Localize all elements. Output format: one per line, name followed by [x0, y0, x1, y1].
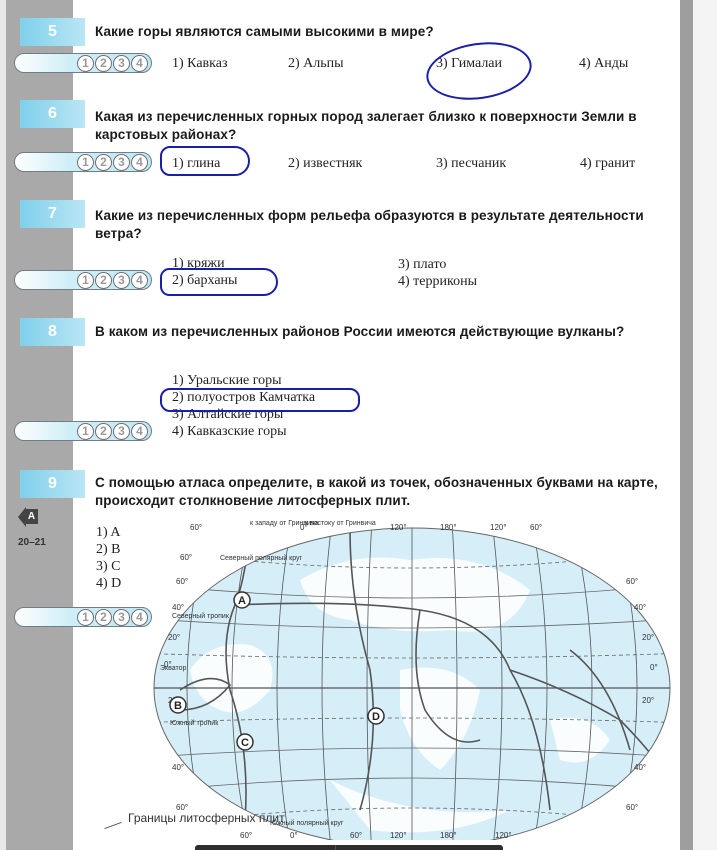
svg-text:60°: 60°	[626, 577, 638, 586]
choice-4[interactable]: 4	[131, 423, 148, 440]
answer-selector-8[interactable]: 1 2 3 4	[14, 421, 152, 441]
question-number-7: 7	[20, 200, 85, 228]
svg-text:120°: 120°	[390, 523, 407, 532]
map-legend: Границы литосферных плит	[128, 812, 285, 824]
svg-text:120°: 120°	[490, 523, 507, 532]
option-5-1[interactable]: 1) Кавказ	[172, 56, 227, 72]
choice-3[interactable]: 3	[113, 55, 130, 72]
svg-text:180°: 180°	[440, 831, 457, 840]
question-text-9: С помощью атласа определите, в какой из …	[95, 474, 665, 510]
answer-selector-7[interactable]: 1 2 3 4	[14, 270, 152, 290]
option-7-4[interactable]: 4) терриконы	[398, 274, 477, 290]
question-text-5: Какие горы являются самыми высокими в ми…	[95, 23, 665, 41]
choice-3[interactable]: 3	[113, 423, 130, 440]
svg-text:20°: 20°	[642, 696, 654, 705]
choice-2[interactable]: 2	[95, 272, 112, 289]
question-number-5: 5	[20, 18, 85, 46]
choice-1[interactable]: 1	[77, 609, 94, 626]
choice-2[interactable]: 2	[95, 423, 112, 440]
svg-text:60°: 60°	[176, 577, 188, 586]
svg-text:40°: 40°	[634, 603, 646, 612]
option-5-4[interactable]: 4) Анды	[579, 56, 628, 72]
choice-1[interactable]: 1	[77, 154, 94, 171]
question-text-8: В каком из перечисленных районов России …	[95, 323, 665, 341]
svg-text:A: A	[238, 595, 246, 607]
svg-text:60°: 60°	[190, 523, 202, 532]
svg-text:Северный тропик: Северный тропик	[172, 612, 230, 620]
choice-4[interactable]: 4	[131, 154, 148, 171]
viewer-right-edge	[693, 0, 717, 850]
svg-text:C: C	[241, 737, 249, 749]
choice-4[interactable]: 4	[131, 272, 148, 289]
viewer-toolbar[interactable]	[195, 845, 503, 850]
svg-text:B: B	[174, 700, 182, 712]
choice-2[interactable]: 2	[95, 609, 112, 626]
option-6-2[interactable]: 2) известняк	[288, 156, 362, 172]
option-7-2[interactable]: 2) барханы	[172, 273, 237, 289]
option-7-1[interactable]: 1) кряжи	[172, 256, 225, 272]
svg-text:40°: 40°	[172, 763, 184, 772]
svg-text:120°: 120°	[390, 831, 407, 840]
atlas-letter: A	[25, 509, 38, 524]
option-5-2[interactable]: 2) Альпы	[288, 56, 344, 72]
choice-4[interactable]: 4	[131, 609, 148, 626]
answer-selector-6[interactable]: 1 2 3 4	[14, 152, 152, 172]
svg-text:40°: 40°	[172, 603, 184, 612]
svg-text:60°: 60°	[240, 831, 252, 840]
question-number-8: 8	[20, 318, 85, 346]
question-number-6: 6	[20, 100, 85, 128]
svg-text:к востоку от Гринвича: к востоку от Гринвича	[305, 520, 376, 527]
svg-text:180°: 180°	[440, 523, 457, 532]
svg-text:0°: 0°	[650, 663, 658, 672]
answer-selector-5[interactable]: 1 2 3 4	[14, 53, 152, 73]
svg-text:40°: 40°	[634, 763, 646, 772]
page-right-margin	[680, 0, 693, 850]
choice-3[interactable]: 3	[113, 272, 130, 289]
answer-selector-9[interactable]: 1 2 3 4	[14, 607, 152, 627]
choice-4[interactable]: 4	[131, 55, 148, 72]
option-8-4[interactable]: 4) Кавказские горы	[172, 424, 287, 440]
svg-text:20°: 20°	[642, 633, 654, 642]
option-9-4[interactable]: 4) D	[96, 576, 121, 592]
world-plates-map: 60°60°40°20°0°20°40°60°60°40°20°0°20°40°…	[150, 520, 680, 840]
svg-text:Южный тропик: Южный тропик	[170, 719, 219, 727]
svg-text:60°: 60°	[180, 553, 192, 562]
option-8-1[interactable]: 1) Уральские горы	[172, 373, 282, 389]
choice-2[interactable]: 2	[95, 154, 112, 171]
option-6-4[interactable]: 4) гранит	[580, 156, 635, 172]
svg-text:60°: 60°	[626, 803, 638, 812]
choice-1[interactable]: 1	[77, 272, 94, 289]
choice-1[interactable]: 1	[77, 423, 94, 440]
svg-text:60°: 60°	[530, 523, 542, 532]
svg-text:D: D	[372, 711, 380, 723]
svg-text:120°: 120°	[495, 831, 512, 840]
svg-text:20°: 20°	[168, 633, 180, 642]
svg-text:60°: 60°	[350, 831, 362, 840]
choice-3[interactable]: 3	[113, 154, 130, 171]
option-9-1[interactable]: 1) A	[96, 525, 121, 541]
option-7-3[interactable]: 3) плато	[398, 257, 446, 273]
option-8-2[interactable]: 2) полуостров Камчатка	[172, 390, 315, 406]
svg-text:Северный полярный круг: Северный полярный круг	[220, 554, 303, 562]
svg-text:0°: 0°	[290, 831, 298, 840]
choice-3[interactable]: 3	[113, 609, 130, 626]
svg-text:Экватор: Экватор	[160, 665, 186, 672]
question-number-9: 9	[20, 470, 85, 498]
question-text-7: Какие из перечисленных форм рельефа обра…	[95, 207, 665, 243]
atlas-pages: 20–21	[18, 537, 46, 548]
option-6-1[interactable]: 1) глина	[172, 156, 220, 172]
choice-2[interactable]: 2	[95, 55, 112, 72]
choice-1[interactable]: 1	[77, 55, 94, 72]
option-5-3[interactable]: 3) Гималаи	[436, 56, 502, 72]
option-8-3[interactable]: 3) Алтайские горы	[172, 407, 283, 423]
option-6-3[interactable]: 3) песчаник	[436, 156, 506, 172]
option-9-2[interactable]: 2) B	[96, 542, 121, 558]
option-9-3[interactable]: 3) C	[96, 559, 121, 575]
question-text-6: Какая из перечисленных горных пород зале…	[95, 108, 665, 144]
